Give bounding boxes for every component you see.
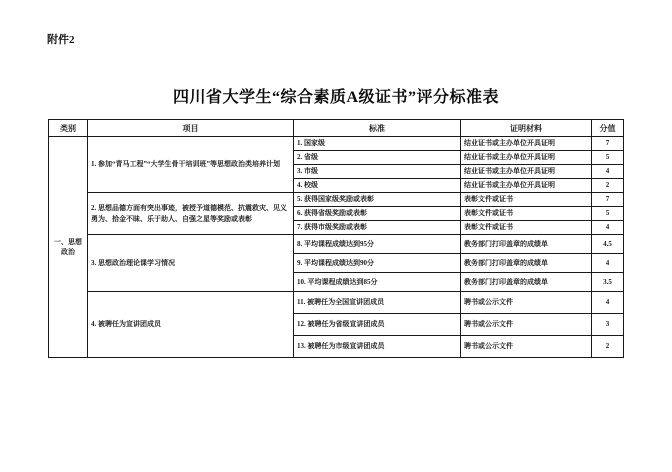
project-cell-2: 2. 思想品德方面有突出事迹，被授予道德模范、抗震救灾、见义勇为、拾金不昧、乐于… <box>88 193 294 235</box>
standard-cell: 12. 被聘任为省级宣讲团成员 <box>294 314 461 336</box>
score-cell: 3 <box>592 314 624 336</box>
col-header-material: 证明材料 <box>461 120 592 137</box>
scoring-table: 类别 项目 标准 证明材料 分值 一、思想 政治 1. 参加“青马工程”“大学生… <box>48 119 624 358</box>
standard-cell: 5. 获得国家级奖励或表彰 <box>294 193 461 207</box>
category-line1: 一、思想 <box>54 238 82 246</box>
col-header-project: 项目 <box>88 120 294 137</box>
material-cell: 表彰文件或证书 <box>461 207 592 221</box>
material-cell: 表彰文件或证书 <box>461 193 592 207</box>
col-header-standard: 标准 <box>294 120 461 137</box>
material-cell: 结业证书或主办单位开具证明 <box>461 151 592 165</box>
score-cell: 5 <box>592 207 624 221</box>
material-cell: 结业证书或主办单位开具证明 <box>461 165 592 179</box>
category-line2: 政治 <box>61 248 75 256</box>
table-row: 2. 思想品德方面有突出事迹，被授予道德模范、抗震救灾、见义勇为、拾金不昧、乐于… <box>49 193 624 207</box>
material-cell: 教务部门打印盖章的成绩单 <box>461 235 592 254</box>
page-title: 四川省大学生“综合素质A级证书”评分标准表 <box>0 84 672 107</box>
material-cell: 聘书或公示文件 <box>461 292 592 314</box>
material-cell: 聘书或公示文件 <box>461 314 592 336</box>
table-row: 4. 被聘任为宣讲团成员 11. 被聘任为全国宣讲团成员 聘书或公示文件 4 <box>49 292 624 314</box>
col-header-score: 分值 <box>592 120 624 137</box>
material-cell: 教务部门打印盖章的成绩单 <box>461 273 592 292</box>
score-cell: 7 <box>592 193 624 207</box>
material-cell: 结业证书或主办单位开具证明 <box>461 137 592 151</box>
score-cell: 4 <box>592 165 624 179</box>
score-cell: 4.5 <box>592 235 624 254</box>
table-row: 一、思想 政治 1. 参加“青马工程”“大学生骨干培训班”等思想政治类培养计划 … <box>49 137 624 151</box>
score-cell: 4 <box>592 254 624 273</box>
standard-cell: 10. 平均课程成绩达到85分 <box>294 273 461 292</box>
document-page: 附件2 四川省大学生“综合素质A级证书”评分标准表 类别 项目 标准 证明材料 … <box>0 0 672 472</box>
standard-cell: 9. 平均课程成绩达到90分 <box>294 254 461 273</box>
table-header-row: 类别 项目 标准 证明材料 分值 <box>49 120 624 137</box>
material-cell: 教务部门打印盖章的成绩单 <box>461 254 592 273</box>
standard-cell: 8. 平均课程成绩达到95分 <box>294 235 461 254</box>
score-cell: 4 <box>592 292 624 314</box>
score-cell: 3.5 <box>592 273 624 292</box>
score-cell: 7 <box>592 137 624 151</box>
category-cell: 一、思想 政治 <box>49 137 88 358</box>
score-cell: 2 <box>592 179 624 193</box>
project-cell-4: 4. 被聘任为宣讲团成员 <box>88 292 294 358</box>
standard-cell: 2. 省级 <box>294 151 461 165</box>
standard-cell: 7. 获得市级奖励或表彰 <box>294 221 461 235</box>
project-cell-3: 3. 思想政治理论课学习情况 <box>88 235 294 292</box>
table-row: 3. 思想政治理论课学习情况 8. 平均课程成绩达到95分 教务部门打印盖章的成… <box>49 235 624 254</box>
material-cell: 结业证书或主办单位开具证明 <box>461 179 592 193</box>
standard-cell: 6. 获得省级奖励或表彰 <box>294 207 461 221</box>
standard-cell: 1. 国家级 <box>294 137 461 151</box>
col-header-category: 类别 <box>49 120 88 137</box>
standard-cell: 11. 被聘任为全国宣讲团成员 <box>294 292 461 314</box>
project-cell-1: 1. 参加“青马工程”“大学生骨干培训班”等思想政治类培养计划 <box>88 137 294 193</box>
standard-cell: 3. 市级 <box>294 165 461 179</box>
standard-cell: 13. 被聘任为市级宣讲团成员 <box>294 336 461 358</box>
standard-cell: 4. 校级 <box>294 179 461 193</box>
score-cell: 5 <box>592 151 624 165</box>
score-cell: 4 <box>592 221 624 235</box>
score-cell: 2 <box>592 336 624 358</box>
material-cell: 聘书或公示文件 <box>461 336 592 358</box>
attachment-label: 附件2 <box>47 31 75 47</box>
material-cell: 表彰文件或证书 <box>461 221 592 235</box>
